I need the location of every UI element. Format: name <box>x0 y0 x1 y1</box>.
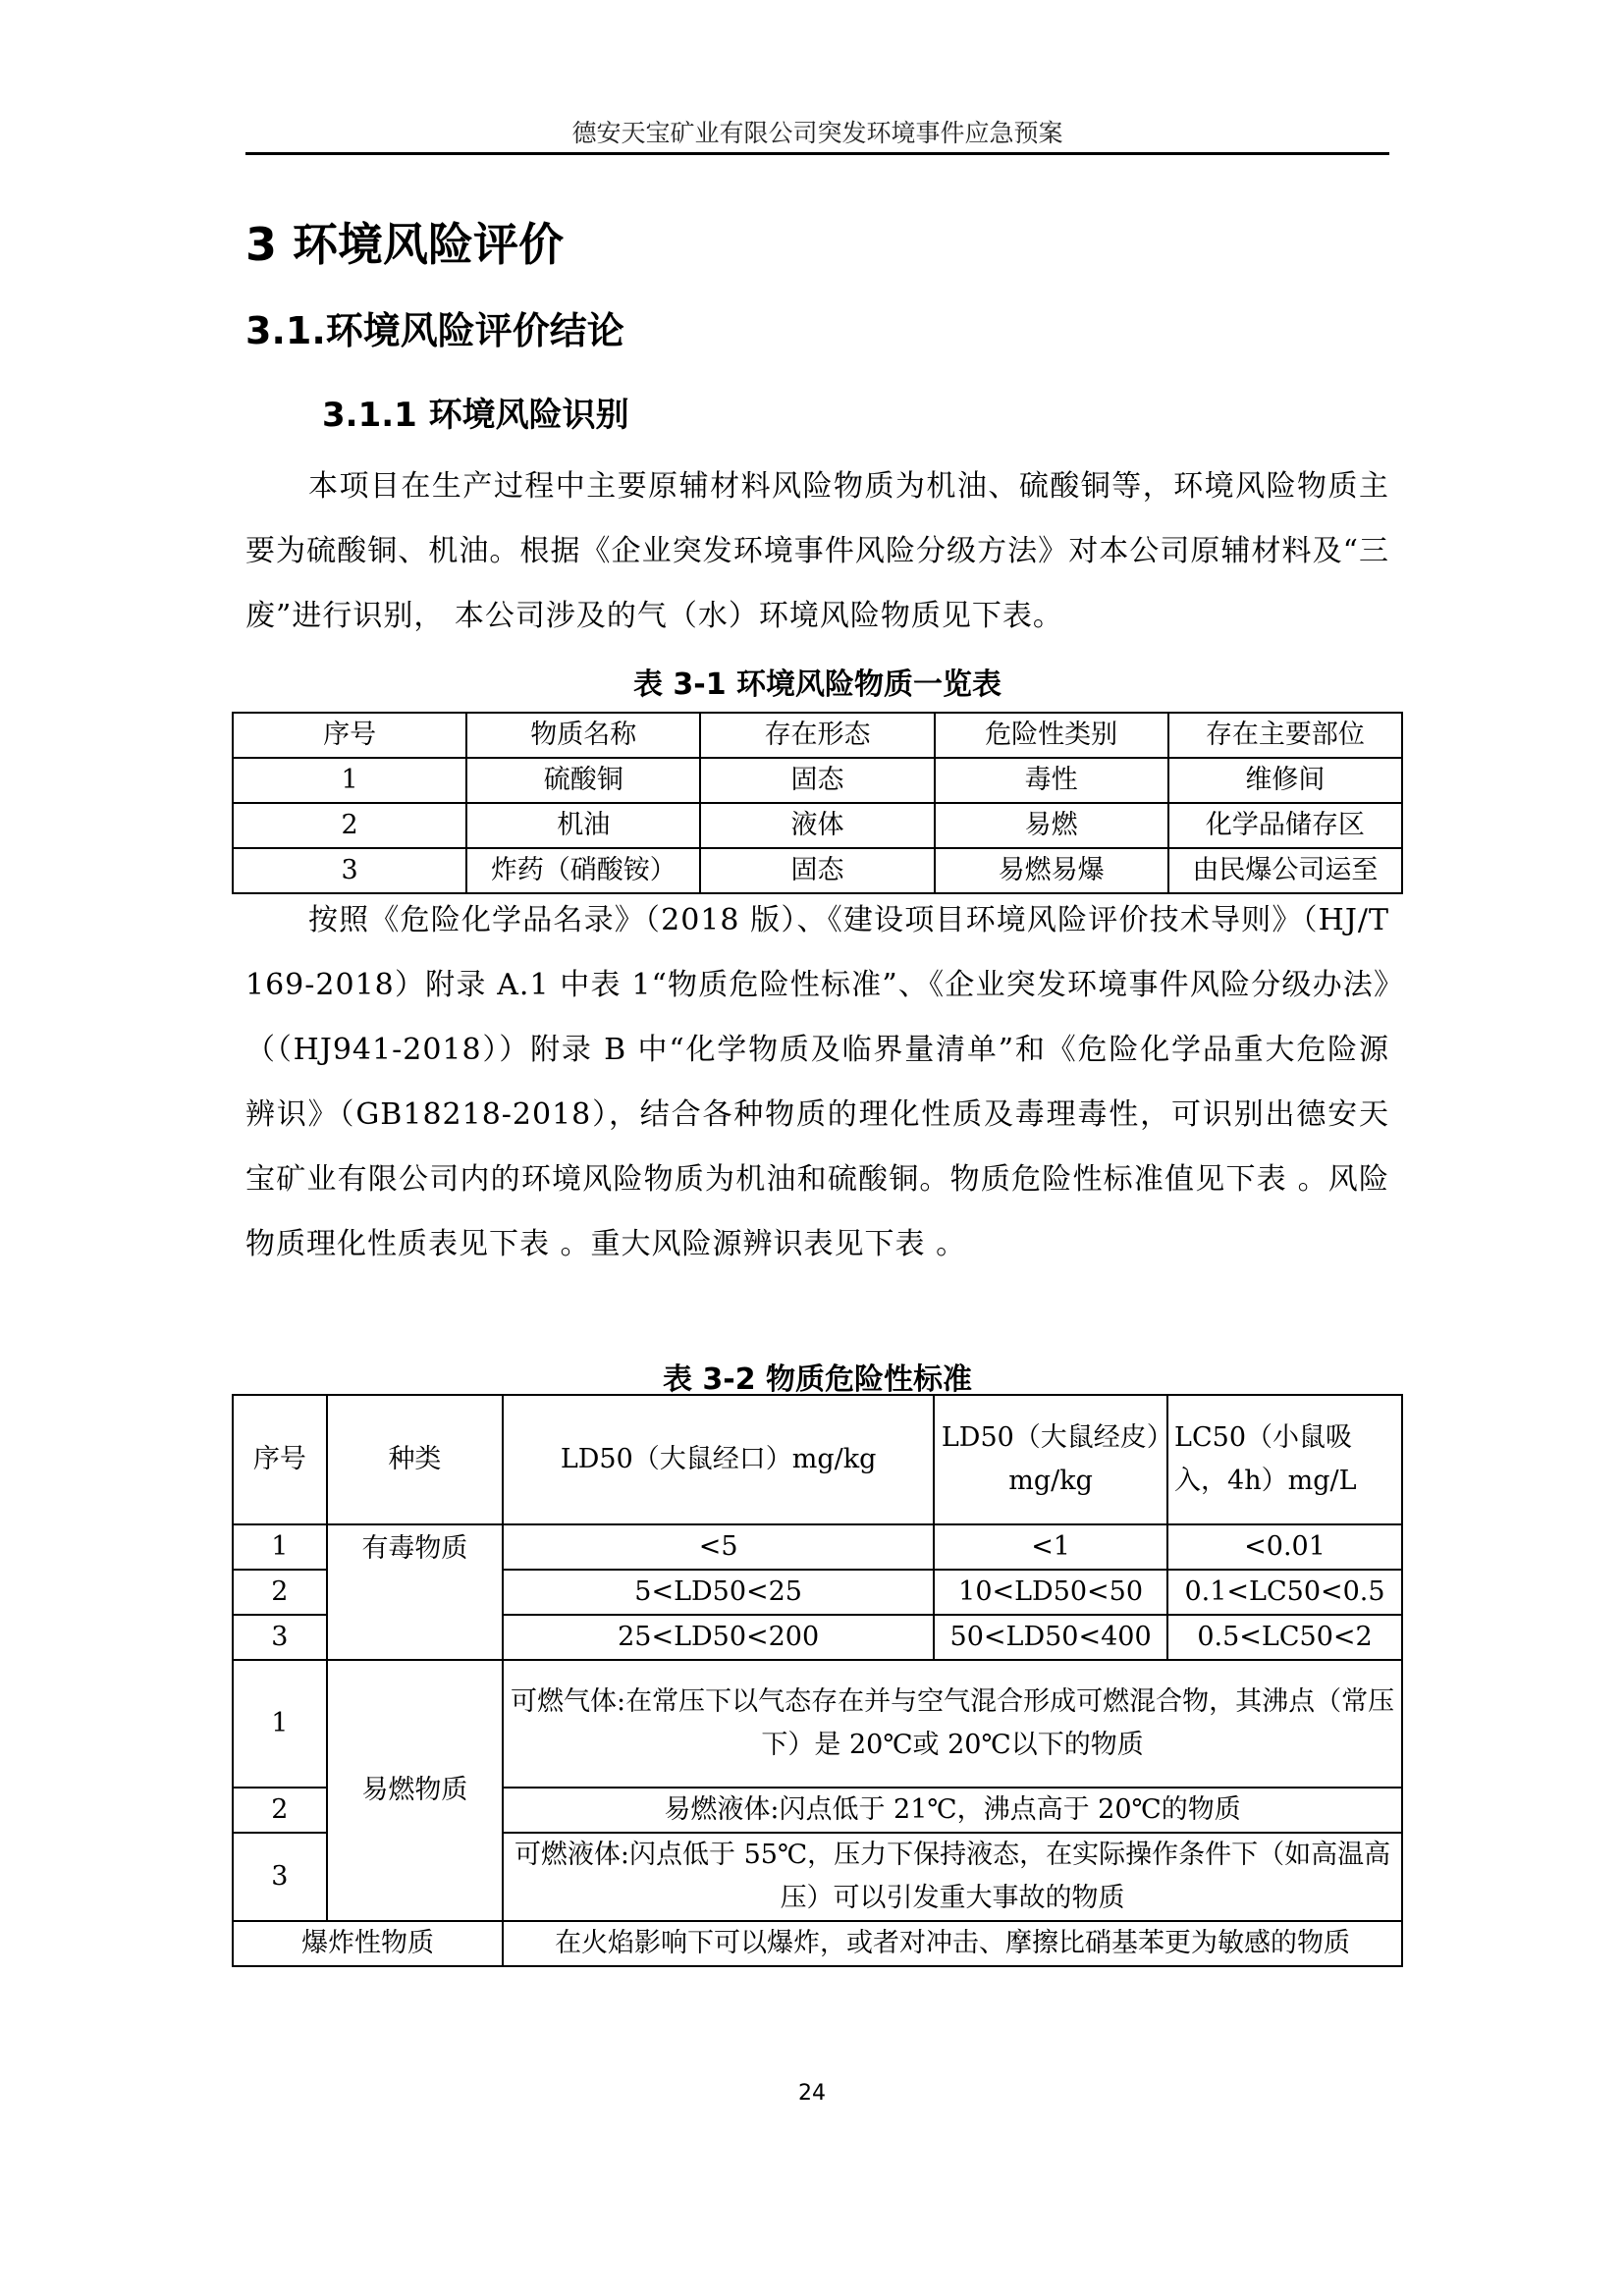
header-cell: LD50（大鼠经皮）mg/kg <box>934 1395 1167 1524</box>
table-cell: 10<LD50<50 <box>934 1570 1167 1615</box>
chapter-heading: 3 环境风险评价 <box>245 209 564 274</box>
table-row: 1 易燃物质 可燃气体:在常压下以气态存在并与空气混合形成可燃混合物，其沸点（常… <box>233 1660 1402 1788</box>
table-cell: 固态 <box>700 758 934 803</box>
table-cell: 25<LD50<200 <box>503 1615 934 1660</box>
table-header-row: 序号 种类 LD50（大鼠经口）mg/kg LD50（大鼠经皮）mg/kg LC… <box>233 1395 1402 1524</box>
table-cell: 2 <box>233 803 466 848</box>
table-cell: 易燃 <box>935 803 1168 848</box>
table-row: 爆炸性物质 在火焰影响下可以爆炸，或者对冲击、摩擦比硝基苯更为敏感的物质 <box>233 1921 1402 1966</box>
table-cell: 固态 <box>700 848 934 893</box>
hazard-standards-table: 序号 种类 LD50（大鼠经口）mg/kg LD50（大鼠经皮）mg/kg LC… <box>232 1394 1403 1967</box>
table-cell: <1 <box>934 1524 1167 1570</box>
table-cell: 2 <box>233 1788 327 1833</box>
header-cell: LD50（大鼠经口）mg/kg <box>503 1395 934 1524</box>
table-cell: 炸药（硝酸铵） <box>466 848 700 893</box>
table-cell: 1 <box>233 758 466 803</box>
table-cell: 1 <box>233 1660 327 1788</box>
risk-materials-table: 序号 物质名称 存在形态 危险性类别 存在主要部位 1 硫酸铜 固态 毒性 维修… <box>232 712 1403 894</box>
document-page: 德安天宝矿业有限公司突发环境事件应急预案 3 环境风险评价 3.1.环境风险评价… <box>0 0 1624 2296</box>
table-cell: 2 <box>233 1570 327 1615</box>
header-cell: 存在主要部位 <box>1168 713 1402 758</box>
header-cell: 存在形态 <box>700 713 934 758</box>
table-3-1-caption: 表 3-1 环境风险物质一览表 <box>245 660 1389 703</box>
table-cell: 50<LD50<400 <box>934 1615 1167 1660</box>
table-cell: 机油 <box>466 803 700 848</box>
table-cell: 易燃易爆 <box>935 848 1168 893</box>
table-cell: <0.01 <box>1167 1524 1402 1570</box>
table-row: 2 机油 液体 易燃 化学品储存区 <box>233 803 1402 848</box>
table-header-row: 序号 物质名称 存在形态 危险性类别 存在主要部位 <box>233 713 1402 758</box>
table-cell: 维修间 <box>1168 758 1402 803</box>
category-cell-flammable: 易燃物质 <box>327 1660 503 1921</box>
table-cell: 在火焰影响下可以爆炸，或者对冲击、摩擦比硝基苯更为敏感的物质 <box>503 1921 1402 1966</box>
table-row: 1 有毒物质 <5 <1 <0.01 <box>233 1524 1402 1570</box>
page-number: 24 <box>0 2081 1624 2106</box>
table-row: 3 炸药（硝酸铵） 固态 易燃易爆 由民爆公司运至 <box>233 848 1402 893</box>
table-cell: 毒性 <box>935 758 1168 803</box>
table-cell: <5 <box>503 1524 934 1570</box>
paragraph-standards: 按照《危险化学品名录》（2018 版）、《建设项目环境风险评价技术导则》（HJ/… <box>245 888 1389 1277</box>
table-cell: 5<LD50<25 <box>503 1570 934 1615</box>
table-cell: 硫酸铜 <box>466 758 700 803</box>
category-cell-explosive: 爆炸性物质 <box>233 1921 503 1966</box>
table-cell: 0.1<LC50<0.5 <box>1167 1570 1402 1615</box>
running-header: 德安天宝矿业有限公司突发环境事件应急预案 <box>245 114 1389 149</box>
subsection-heading: 3.1.1 环境风险识别 <box>322 388 629 436</box>
table-cell: 可燃气体:在常压下以气态存在并与空气混合形成可燃混合物，其沸点（常压下）是 20… <box>503 1660 1402 1788</box>
table-cell: 3 <box>233 848 466 893</box>
header-cell: 物质名称 <box>466 713 700 758</box>
header-cell: 危险性类别 <box>935 713 1168 758</box>
table-cell: 0.5<LC50<2 <box>1167 1615 1402 1660</box>
table-cell: 由民爆公司运至 <box>1168 848 1402 893</box>
table-cell: 可燃液体:闪点低于 55℃，压力下保持液态，在实际操作条件下（如高温高压）可以引… <box>503 1833 1402 1921</box>
category-cell-toxic: 有毒物质 <box>327 1524 503 1660</box>
table-3-2-caption: 表 3-2 物质危险性标准 <box>245 1355 1389 1398</box>
paragraph-risk-materials: 本项目在生产过程中主要原辅材料风险物质为机油、硫酸铜等，环境风险物质主要为硫酸铜… <box>245 454 1389 649</box>
table-row: 1 硫酸铜 固态 毒性 维修间 <box>233 758 1402 803</box>
table-cell: 3 <box>233 1615 327 1660</box>
header-cell: 序号 <box>233 1395 327 1524</box>
table-cell: 易燃液体:闪点低于 21℃，沸点高于 20℃的物质 <box>503 1788 1402 1833</box>
header-divider <box>245 152 1389 155</box>
table-cell: 1 <box>233 1524 327 1570</box>
header-cell: LC50（小鼠吸入，4h）mg/L <box>1167 1395 1402 1524</box>
table-cell: 3 <box>233 1833 327 1921</box>
header-cell: 种类 <box>327 1395 503 1524</box>
table-cell: 化学品储存区 <box>1168 803 1402 848</box>
section-heading: 3.1.环境风险评价结论 <box>245 300 624 354</box>
header-cell: 序号 <box>233 713 466 758</box>
table-cell: 液体 <box>700 803 934 848</box>
